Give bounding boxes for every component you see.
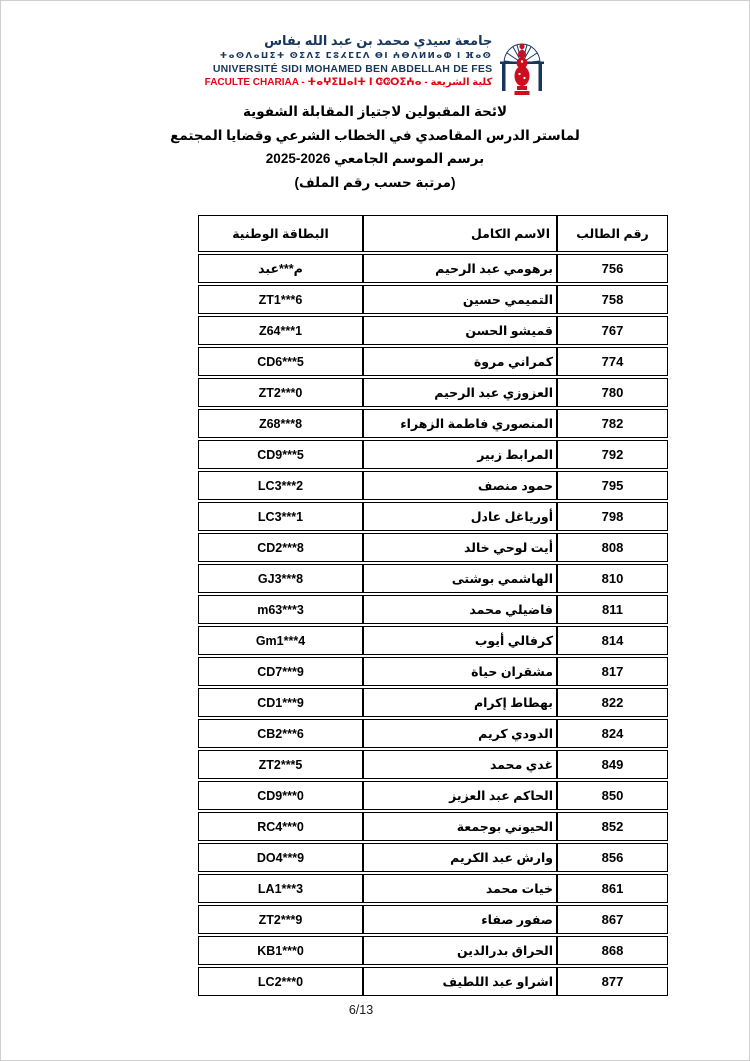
full-name-cell: اشراو عبد اللطيف <box>363 967 557 996</box>
student-number-cell: 867 <box>557 905 668 934</box>
title-line-2: لماستر الدرس المقاصدي في الخطاب الشرعي و… <box>1 124 749 148</box>
national-id-cell: ZT2***5 <box>198 750 363 779</box>
university-header: جامعة سيدي محمد بن عبد الله بفاس ⵜⴰⵙⴷⴰⵡⵉ… <box>1 34 749 96</box>
national-id-cell: ZT2***9 <box>198 905 363 934</box>
full-name-cell: صفور صفاء <box>363 905 557 934</box>
national-id-cell: CD2***8 <box>198 533 363 562</box>
student-number-cell: 767 <box>557 316 668 345</box>
national-id-cell: Z64***1 <box>198 316 363 345</box>
table-row: 767 قميشو الحسن Z64***1 <box>198 316 668 345</box>
national-id-cell: ZT2***0 <box>198 378 363 407</box>
table-row: 798 أورياغل عادل LC3***1 <box>198 502 668 531</box>
title-line-3: برسم الموسم الجامعي 2026-2025 <box>1 147 749 171</box>
header-national-id: البطاقة الوطنية <box>198 215 363 252</box>
national-id-cell: RC4***0 <box>198 812 363 841</box>
full-name-cell: وارش عبد الكريم <box>363 843 557 872</box>
full-name-cell: أيت لوحي خالد <box>363 533 557 562</box>
full-name-cell: قميشو الحسن <box>363 316 557 345</box>
candidates-table-wrap: رقم الطالب الاسم الكامل البطاقة الوطنية … <box>198 213 668 998</box>
table-row: 780 العزوزي عبد الرحيم ZT2***0 <box>198 378 668 407</box>
student-number-cell: 780 <box>557 378 668 407</box>
national-id-cell: ZT1***6 <box>198 285 363 314</box>
table-row: 774 كمراني مروة CD6***5 <box>198 347 668 376</box>
student-number-cell: 868 <box>557 936 668 965</box>
full-name-cell: التميمي حسين <box>363 285 557 314</box>
header-student-number: رقم الطالب <box>557 215 668 252</box>
table-row: 814 كرفالي أيوب Gm1***4 <box>198 626 668 655</box>
table-row: 817 مشقران حياة CD7***9 <box>198 657 668 686</box>
table-row: 852 الحيوني بوجمعة RC4***0 <box>198 812 668 841</box>
student-number-cell: 817 <box>557 657 668 686</box>
table-row: 792 المرابط زبير CD9***5 <box>198 440 668 469</box>
full-name-cell: خيات محمد <box>363 874 557 903</box>
full-name-cell: كرفالي أيوب <box>363 626 557 655</box>
student-number-cell: 822 <box>557 688 668 717</box>
faculty-name-line: FACULTE CHARIAA - ⵜⴰⵖⵉⵡⴰⵏⵜ ⵏ ⵛⵛⵔⵉⵄⴰ - كل… <box>205 77 493 89</box>
national-id-cell: GJ3***8 <box>198 564 363 593</box>
table-row: 849 غدي محمد ZT2***5 <box>198 750 668 779</box>
full-name-cell: الدودي كريم <box>363 719 557 748</box>
table-row: 850 الحاكم عبد العزيز CD9***0 <box>198 781 668 810</box>
full-name-cell: حمود منصف <box>363 471 557 500</box>
student-number-cell: 824 <box>557 719 668 748</box>
document-title-block: لائحة المقبولين لاجتياز المقابلة الشفوية… <box>1 100 749 194</box>
national-id-cell: CD7***9 <box>198 657 363 686</box>
header-full-name: الاسم الكامل <box>363 215 557 252</box>
student-number-cell: 811 <box>557 595 668 624</box>
table-row: 811 فاضيلي محمد m63***3 <box>198 595 668 624</box>
student-number-cell: 798 <box>557 502 668 531</box>
table-row: 861 خيات محمد LA1***3 <box>198 874 668 903</box>
table-row: 756 برهومي عبد الرحيم عبد‎***‎م <box>198 254 668 283</box>
national-id-cell: CD1***9 <box>198 688 363 717</box>
table-row: 795 حمود منصف LC3***2 <box>198 471 668 500</box>
student-number-cell: 849 <box>557 750 668 779</box>
university-emblem-icon <box>499 34 545 96</box>
national-id-cell: KB1***0 <box>198 936 363 965</box>
national-id-cell: CD6***5 <box>198 347 363 376</box>
full-name-cell: مشقران حياة <box>363 657 557 686</box>
student-number-cell: 861 <box>557 874 668 903</box>
national-id-cell: Z68***8 <box>198 409 363 438</box>
national-id-cell: CD9***5 <box>198 440 363 469</box>
national-id-cell: LC3***1 <box>198 502 363 531</box>
full-name-cell: الحيوني بوجمعة <box>363 812 557 841</box>
candidates-table: رقم الطالب الاسم الكامل البطاقة الوطنية … <box>198 213 668 998</box>
table-row: 782 المنصوري فاطمة الزهراء Z68***8 <box>198 409 668 438</box>
table-row: 824 الدودي كريم CB2***6 <box>198 719 668 748</box>
full-name-cell: كمراني مروة <box>363 347 557 376</box>
full-name-cell: المنصوري فاطمة الزهراء <box>363 409 557 438</box>
student-number-cell: 877 <box>557 967 668 996</box>
national-id-cell: عبد‎***‎م <box>198 254 363 283</box>
national-id-cell: m63***3 <box>198 595 363 624</box>
table-row: 877 اشراو عبد اللطيف LC2***0 <box>198 967 668 996</box>
full-name-cell: غدي محمد <box>363 750 557 779</box>
university-name-block: جامعة سيدي محمد بن عبد الله بفاس ⵜⴰⵙⴷⴰⵡⵉ… <box>205 34 493 88</box>
full-name-cell: بهطاط إكرام <box>363 688 557 717</box>
student-number-cell: 850 <box>557 781 668 810</box>
full-name-cell: الحراق بدرالدين <box>363 936 557 965</box>
national-id-cell: LA1***3 <box>198 874 363 903</box>
table-row: 822 بهطاط إكرام CD1***9 <box>198 688 668 717</box>
table-header-row: رقم الطالب الاسم الكامل البطاقة الوطنية <box>198 215 668 252</box>
table-row: 868 الحراق بدرالدين KB1***0 <box>198 936 668 965</box>
university-name-arabic: جامعة سيدي محمد بن عبد الله بفاس <box>205 34 493 49</box>
national-id-cell: LC3***2 <box>198 471 363 500</box>
student-number-cell: 856 <box>557 843 668 872</box>
full-name-cell: الهاشمي بوشتى <box>363 564 557 593</box>
student-number-cell: 782 <box>557 409 668 438</box>
title-line-1: لائحة المقبولين لاجتياز المقابلة الشفوية <box>1 100 749 124</box>
full-name-cell: فاضيلي محمد <box>363 595 557 624</box>
page-number: 6/13 <box>0 1003 735 1017</box>
full-name-cell: العزوزي عبد الرحيم <box>363 378 557 407</box>
student-number-cell: 758 <box>557 285 668 314</box>
student-number-cell: 792 <box>557 440 668 469</box>
national-id-cell: CB2***6 <box>198 719 363 748</box>
full-name-cell: برهومي عبد الرحيم <box>363 254 557 283</box>
student-number-cell: 852 <box>557 812 668 841</box>
full-name-cell: المرابط زبير <box>363 440 557 469</box>
table-row: 758 التميمي حسين ZT1***6 <box>198 285 668 314</box>
national-id-cell: Gm1***4 <box>198 626 363 655</box>
national-id-cell: CD9***0 <box>198 781 363 810</box>
national-id-cell: LC2***0 <box>198 967 363 996</box>
title-line-4: (مرتبة حسب رقم الملف) <box>1 171 749 195</box>
student-number-cell: 795 <box>557 471 668 500</box>
table-row: 867 صفور صفاء ZT2***9 <box>198 905 668 934</box>
student-number-cell: 810 <box>557 564 668 593</box>
national-id-cell: DO4***9 <box>198 843 363 872</box>
table-body: 756 برهومي عبد الرحيم عبد‎***‎م 758 التم… <box>198 254 668 996</box>
full-name-cell: الحاكم عبد العزيز <box>363 781 557 810</box>
table-row: 808 أيت لوحي خالد CD2***8 <box>198 533 668 562</box>
university-name-tifinagh: ⵜⴰⵙⴷⴰⵡⵉⵜ ⵙⵉⴷⵉ ⵎⵓⵃⵎⵎⴷ ⴱⵏ ⵄⴱⴷⵍⵍⴰⵀ ⵏ ⴼⴰⵙ <box>205 51 493 61</box>
table-row: 856 وارش عبد الكريم DO4***9 <box>198 843 668 872</box>
student-number-cell: 814 <box>557 626 668 655</box>
university-name-french: UNIVERSITÉ SIDI MOHAMED BEN ABDELLAH DE … <box>205 63 493 75</box>
student-number-cell: 756 <box>557 254 668 283</box>
student-number-cell: 774 <box>557 347 668 376</box>
table-header: رقم الطالب الاسم الكامل البطاقة الوطنية <box>198 215 668 252</box>
student-number-cell: 808 <box>557 533 668 562</box>
table-row: 810 الهاشمي بوشتى GJ3***8 <box>198 564 668 593</box>
document-page: جامعة سيدي محمد بن عبد الله بفاس ⵜⴰⵙⴷⴰⵡⵉ… <box>0 0 750 1061</box>
full-name-cell: أورياغل عادل <box>363 502 557 531</box>
